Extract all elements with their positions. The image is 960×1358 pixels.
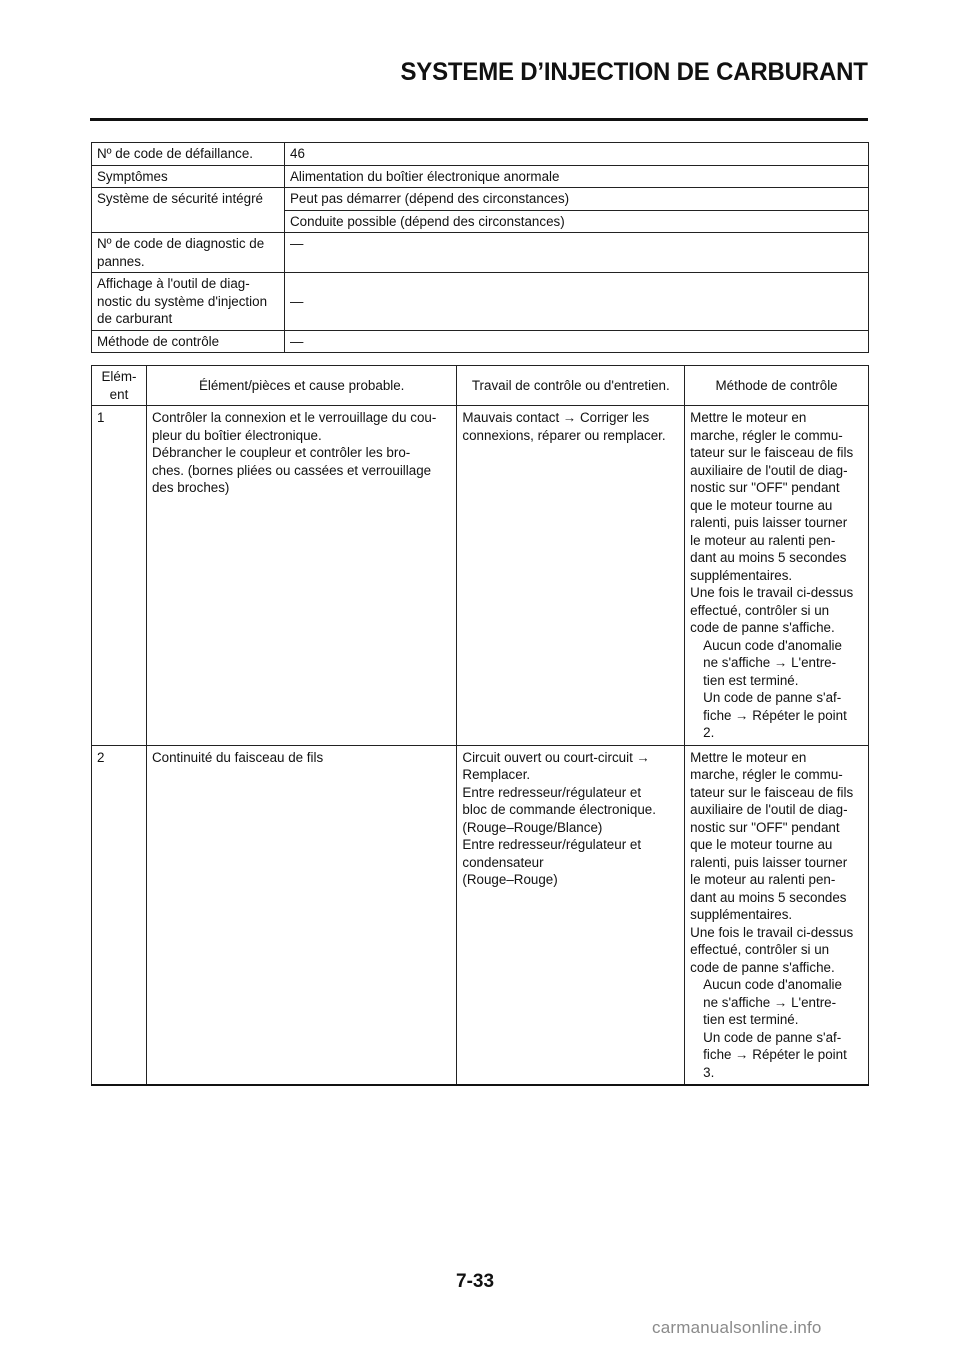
method-cell: Mettre le moteur enmarche, régler le com… <box>685 745 869 1085</box>
text-line: bloc de commande électronique. <box>462 801 679 819</box>
fault-code-label: Nº de code de défaillance. <box>92 143 285 166</box>
text-line: supplémentaires. <box>690 906 863 924</box>
symptoms-value: Alimentation du boîtier électronique ano… <box>285 165 869 188</box>
check-method-label: Méthode de contrôle <box>92 330 285 353</box>
table-row: Nº de code de diagnostic de pannes. — <box>92 233 869 273</box>
text-line: Aucun code d'anomalie <box>690 637 863 655</box>
method-cell: Mettre le moteur enmarche, régler le com… <box>685 406 869 746</box>
page-header-title: SYSTEME D’INJECTION DE CARBURANT <box>401 58 868 87</box>
header-rule-divider <box>90 118 868 121</box>
text-line: nostic sur "OFF" pendant <box>690 819 863 837</box>
table-row: Méthode de contrôle — <box>92 330 869 353</box>
text-line: le moteur au ralenti pen- <box>690 871 863 889</box>
check-method-value: — <box>285 330 869 353</box>
tool-display-value: — <box>285 273 869 331</box>
text-line: tateur sur le faisceau de fils <box>690 444 863 462</box>
text-line: ralenti, puis laisser tourner <box>690 854 863 872</box>
header-line: ent <box>96 386 142 404</box>
table-header-row: Elém- ent Élément/pièces et cause probab… <box>92 366 869 406</box>
table-row: Système de sécurité intégré Peut pas dém… <box>92 188 869 211</box>
text-line: que le moteur tourne au <box>690 497 863 515</box>
label-line: de carburant <box>97 310 279 328</box>
text-line: dant au moins 5 secondes <box>690 889 863 907</box>
text-line: pleur du boîtier électronique. <box>152 427 451 445</box>
symptoms-label: Symptômes <box>92 165 285 188</box>
text-line: le moteur au ralenti pen- <box>690 532 863 550</box>
text-line: fiche → Répéter le point <box>690 1046 863 1064</box>
cause-cell: Continuité du faisceau de fils <box>146 745 456 1085</box>
text-line: Un code de panne s'af- <box>690 1029 863 1047</box>
column-header-cause: Élément/pièces et cause probable. <box>146 366 456 406</box>
tool-display-label: Affichage à l'outil de diag- nostic du s… <box>92 273 285 331</box>
item-number: 2 <box>92 745 147 1085</box>
text-line: tien est terminé. <box>690 672 863 690</box>
fail-safe-value-drive: Conduite possible (dépend des circonstan… <box>285 210 869 233</box>
text-line: Mauvais contact → Corriger les <box>462 409 679 427</box>
diagnostic-code-value: — <box>285 233 869 273</box>
text-line: 2. <box>690 724 863 742</box>
fail-safe-value-start: Peut pas démarrer (dépend des circonstan… <box>285 188 869 211</box>
text-line: ches. (bornes pliées ou cassées et verro… <box>152 462 451 480</box>
procedure-table: Elém- ent Élément/pièces et cause probab… <box>91 365 869 1086</box>
text-line: Une fois le travail ci-dessus <box>690 924 863 942</box>
text-line: (Rouge–Rouge) <box>462 871 679 889</box>
page-number: 7-33 <box>456 1271 494 1293</box>
text-line: fiche → Répéter le point <box>690 707 863 725</box>
table-row: 2 Continuité du faisceau de fils Circuit… <box>92 745 869 1085</box>
text-line: Continuité du faisceau de fils <box>152 749 451 767</box>
text-line: auxiliaire de l'outil de diag- <box>690 462 863 480</box>
text-line: supplémentaires. <box>690 567 863 585</box>
text-line: Contrôler la connexion et le verrouillag… <box>152 409 451 427</box>
table-row: Symptômes Alimentation du boîtier électr… <box>92 165 869 188</box>
text-line: nostic sur "OFF" pendant <box>690 479 863 497</box>
text-line: 3. <box>690 1064 863 1082</box>
work-cell: Mauvais contact → Corriger lesconnexions… <box>457 406 685 746</box>
work-cell: Circuit ouvert ou court-circuit →Remplac… <box>457 745 685 1085</box>
text-line: Aucun code d'anomalie <box>690 976 863 994</box>
fault-code-value: 46 <box>285 143 869 166</box>
text-line: tien est terminé. <box>690 1011 863 1029</box>
text-line: Remplacer. <box>462 766 679 784</box>
text-line: que le moteur tourne au <box>690 836 863 854</box>
text-line: code de panne s'affiche. <box>690 619 863 637</box>
text-line: Débrancher le coupleur et contrôler les … <box>152 444 451 462</box>
text-line: auxiliaire de l'outil de diag- <box>690 801 863 819</box>
header-line: Elém- <box>96 368 142 386</box>
text-line: dant au moins 5 secondes <box>690 549 863 567</box>
table-row: Nº de code de défaillance. 46 <box>92 143 869 166</box>
cause-cell: Contrôler la connexion et le verrouillag… <box>146 406 456 746</box>
table-row: 1 Contrôler la connexion et le verrouill… <box>92 406 869 746</box>
text-line: code de panne s'affiche. <box>690 959 863 977</box>
item-number: 1 <box>92 406 147 746</box>
label-line: Affichage à l'outil de diag- <box>97 275 279 293</box>
text-line: condensateur <box>462 854 679 872</box>
text-line: Un code de panne s'af- <box>690 689 863 707</box>
text-line: Mettre le moteur en <box>690 409 863 427</box>
text-line: Une fois le travail ci-dessus <box>690 584 863 602</box>
text-line: (Rouge–Rouge/Blance) <box>462 819 679 837</box>
text-line: ne s'affiche → L'entre- <box>690 994 863 1012</box>
text-line: Circuit ouvert ou court-circuit → <box>462 749 679 767</box>
fail-safe-label: Système de sécurité intégré <box>92 188 285 233</box>
text-line: effectué, contrôler si un <box>690 941 863 959</box>
text-line: Entre redresseur/régulateur et <box>462 836 679 854</box>
text-line: des broches) <box>152 479 451 497</box>
label-line: nostic du système d'injection <box>97 293 279 311</box>
column-header-method: Méthode de contrôle <box>685 366 869 406</box>
column-header-item: Elém- ent <box>92 366 147 406</box>
watermark-link[interactable]: carmanualsonline.info <box>652 1318 822 1338</box>
diagnostic-code-label: Nº de code de diagnostic de pannes. <box>92 233 285 273</box>
text-line: Entre redresseur/régulateur et <box>462 784 679 802</box>
text-line: ralenti, puis laisser tourner <box>690 514 863 532</box>
fault-summary-table: Nº de code de défaillance. 46 Symptômes … <box>91 142 869 353</box>
column-header-work: Travail de contrôle ou d'entretien. <box>457 366 685 406</box>
text-line: marche, régler le commu- <box>690 766 863 784</box>
text-line: ne s'affiche → L'entre- <box>690 654 863 672</box>
text-line: effectué, contrôler si un <box>690 602 863 620</box>
text-line: tateur sur le faisceau de fils <box>690 784 863 802</box>
text-line: connexions, réparer ou remplacer. <box>462 427 679 445</box>
text-line: Mettre le moteur en <box>690 749 863 767</box>
table-row: Affichage à l'outil de diag- nostic du s… <box>92 273 869 331</box>
text-line: marche, régler le commu- <box>690 427 863 445</box>
